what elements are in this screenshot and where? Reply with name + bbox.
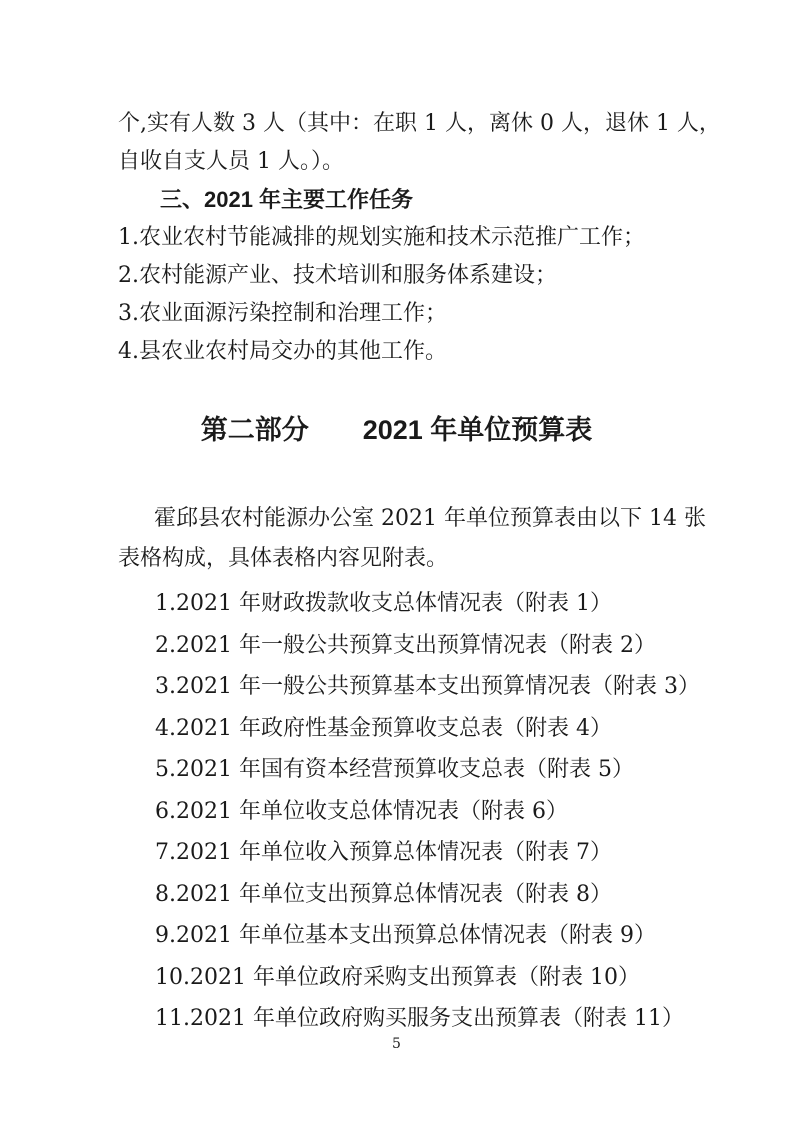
budget-table-item-8: 8.2021 年单位支出预算总体情况表（附表 8） [118, 874, 675, 916]
budget-table-item-2: 2.2021 年一般公共预算支出预算情况表（附表 2） [118, 625, 675, 667]
paragraph-continuation-line-2: 自收自支人员 1 人。）。 [118, 143, 675, 181]
budget-table-item-6: 6.2021 年单位收支总体情况表（附表 6） [118, 791, 675, 833]
budget-table-item-1: 1.2021 年财政拨款收支总体情况表（附表 1） [118, 583, 675, 625]
task-item-1: 1.农业农村节能减排的规划实施和技术示范推广工作； [118, 219, 675, 257]
task-item-3: 3.农业面源污染控制和治理工作； [118, 295, 675, 333]
intro-line-1: 霍邱县农村能源办公室 2021 年单位预算表由以下 14 张 [118, 499, 675, 539]
section-3-heading: 三、2021 年主要工作任务 [118, 181, 675, 219]
document-page: 个,实有人数 3 人（其中：在职 1 人，离休 0 人，退休 1 人， 自收自支… [0, 0, 793, 1122]
budget-table-item-5: 5.2021 年国有资本经营预算收支总表（附表 5） [118, 749, 675, 791]
budget-table-item-10: 10.2021 年单位政府采购支出预算表（附表 10） [118, 957, 675, 999]
page-number: 5 [0, 1036, 793, 1052]
budget-table-item-9: 9.2021 年单位基本支出预算总体情况表（附表 9） [118, 915, 675, 957]
task-item-2: 2.农村能源产业、技术培训和服务体系建设； [118, 257, 675, 295]
budget-table-item-7: 7.2021 年单位收入预算总体情况表（附表 7） [118, 832, 675, 874]
budget-table-item-4: 4.2021 年政府性基金预算收支总表（附表 4） [118, 708, 675, 750]
task-item-4: 4.县农业农村局交办的其他工作。 [118, 333, 675, 371]
budget-tables-list: 1.2021 年财政拨款收支总体情况表（附表 1） 2.2021 年一般公共预算… [118, 583, 675, 1040]
paragraph-continuation-line-1: 个,实有人数 3 人（其中：在职 1 人，离休 0 人，退休 1 人， [118, 105, 675, 143]
page-content: 个,实有人数 3 人（其中：在职 1 人，离休 0 人，退休 1 人， 自收自支… [118, 105, 675, 1040]
intro-line-2: 表格构成，具体表格内容见附表。 [118, 539, 675, 579]
budget-table-item-3: 3.2021 年一般公共预算基本支出预算情况表（附表 3） [118, 666, 675, 708]
budget-table-item-11: 11.2021 年单位政府购买服务支出预算表（附表 11） [118, 998, 675, 1040]
part-2-heading: 第二部分 2021 年单位预算表 [118, 409, 675, 451]
